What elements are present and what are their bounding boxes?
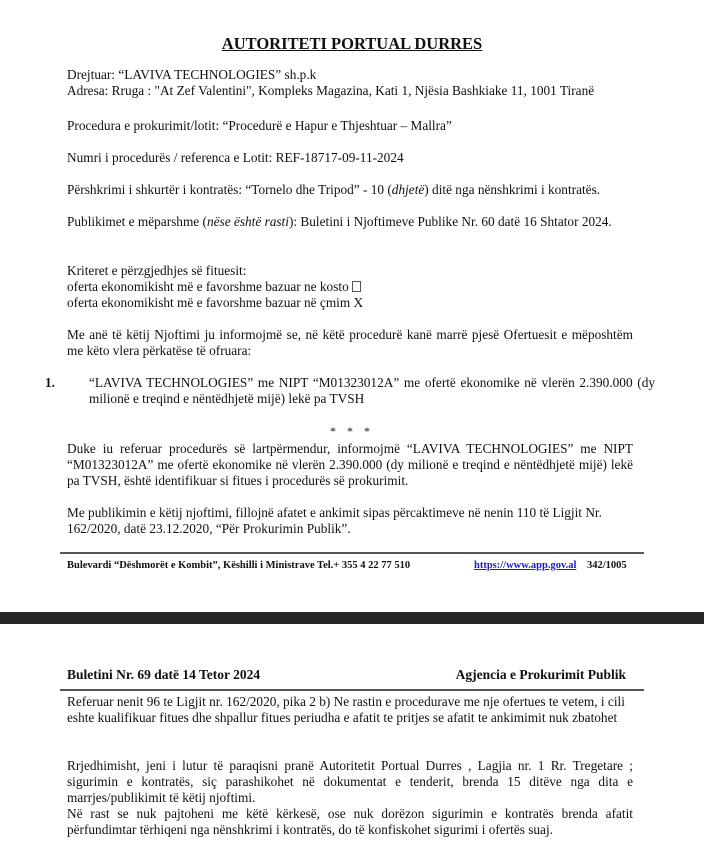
footer-page-number: 342/1005	[587, 560, 627, 571]
criteria-cost: oferta ekonomikisht më e favorshme bazua…	[67, 279, 633, 295]
article-paragraph: Referuar nenit 96 te Ligjit nr. 162/2020…	[67, 694, 633, 726]
penalty-paragraph: Në rast se nuk pajtoheni me këtë kërkesë…	[67, 806, 633, 838]
winner-paragraph: Duke iu referuar procedurës së lartpërme…	[67, 441, 633, 489]
page-separator	[0, 612, 704, 624]
criteria-heading: Kriteret e përzgjedhjes së fituesit:	[67, 263, 633, 279]
request-paragraph: Rrjedhimisht, jeni i lutur të paraqisni …	[67, 758, 633, 806]
criteria-cost-label: oferta ekonomikisht më e favorshme bazua…	[67, 279, 349, 294]
agency-header: Agjencia e Prokurimit Publik	[456, 667, 626, 683]
description-text-end: ) ditë nga nënshkrimi i kontratës.	[424, 182, 600, 197]
criteria-block: Kriteret e përzgjedhjes së fituesit: ofe…	[67, 263, 633, 311]
procedure-line: Procedura e prokurimit/lotit: “Procedurë…	[67, 118, 633, 134]
bidder-item: 1.“LAVIVA TECHNOLOGIES” me NIPT “M013230…	[67, 375, 655, 407]
bidder-text: “LAVIVA TECHNOLOGIES” me NIPT “M01323012…	[89, 375, 655, 406]
appeal-paragraph: Me publikimin e këtij njoftimi, fillojnë…	[67, 505, 633, 537]
contract-description: Përshkrimi i shkurtër i kontratës: “Torn…	[67, 182, 633, 198]
document-page-1: AUTORITETI PORTUAL DURRES Drejtuar: “LAV…	[0, 0, 704, 612]
participants-intro: Me anë të këtij Njoftimi ju informojmë s…	[67, 327, 633, 359]
footer-link[interactable]: https://www.app.gov.al	[474, 560, 576, 571]
previous-text-end: ): Buletini i Njoftimeve Publike Nr. 60 …	[289, 214, 612, 229]
bidder-number: 1.	[67, 375, 89, 391]
description-italic: dhjetë	[392, 182, 425, 197]
criteria-price: oferta ekonomikisht më e favorshme bazua…	[67, 295, 633, 311]
document-page-2: Buletini Nr. 69 datë 14 Tetor 2024 Agjen…	[0, 624, 704, 856]
section-divider-stars: * * *	[0, 424, 704, 439]
address-line: Adresa: Rruga : "At Zef Valentini", Komp…	[67, 83, 633, 99]
bulletin-header: Buletini Nr. 69 datë 14 Tetor 2024	[67, 667, 260, 683]
page-title: AUTORITETI PORTUAL DURRES	[0, 34, 704, 54]
previous-italic: nëse është rasti	[207, 214, 289, 229]
footer-rule	[60, 552, 644, 554]
header-rule	[60, 689, 644, 691]
previous-publications: Publikimet e mëparshme (nëse është rasti…	[67, 214, 633, 230]
checkbox-empty-icon	[352, 281, 361, 292]
description-text: Përshkrimi i shkurtër i kontratës: “Torn…	[67, 182, 392, 197]
addressee-block: Drejtuar: “LAVIVA TECHNOLOGIES” sh.p.k A…	[67, 67, 633, 99]
footer-address: Bulevardi “Dëshmorët e Kombit”, Këshilli…	[67, 560, 410, 571]
reference-line: Numri i procedurës / referenca e Lotit: …	[67, 150, 633, 166]
previous-text: Publikimet e mëparshme (	[67, 214, 207, 229]
addressee-line: Drejtuar: “LAVIVA TECHNOLOGIES” sh.p.k	[67, 67, 633, 83]
